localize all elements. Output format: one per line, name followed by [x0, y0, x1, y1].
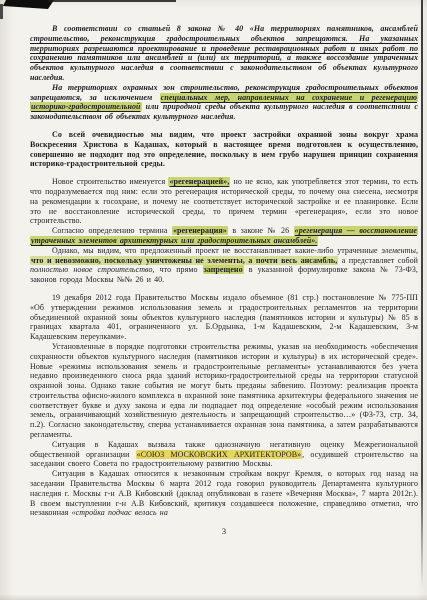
paragraph-project-violation: Однако, мы видим, что предложенный проек…	[30, 246, 418, 285]
text-run: В соответствии со статьей 8 закона № 40 …	[52, 24, 418, 33]
paragraph-regeneration-term: Новое строительство именуется «регенерац…	[30, 177, 418, 226]
text-run: Со всей очевидностью мы видим, что проек…	[30, 130, 418, 168]
scan-right-edge-artifact	[421, 0, 423, 600]
text-run: в законе № 26	[228, 226, 294, 235]
highlighted-text: запрещено	[203, 265, 244, 274]
text-run: Установленные в порядке подготовки строи…	[30, 342, 418, 439]
text-run: Однако, мы видим, что предложенный проек…	[52, 246, 381, 255]
document-body: В соответствии со статьей 8 закона № 40 …	[30, 24, 418, 537]
highlighted-text: «регенерацией»,	[168, 177, 230, 186]
page-number: 3	[30, 527, 418, 537]
text-run: элементы,	[381, 246, 418, 255]
text-run: 19 декабря 2012 года Правительство Москв…	[30, 293, 418, 341]
scanned-page: В соответствии со статьей 8 закона № 40 …	[0, 0, 427, 600]
text-run: что прямо	[155, 265, 203, 274]
paragraph-kibovsky-statement: Ситуация в Кадашах относится к незаконны…	[30, 469, 418, 518]
text-run: «стройка подчас велась на	[72, 508, 168, 517]
text-run: На территориях охранных зон	[52, 83, 180, 92]
text-run: а представляет собой	[338, 256, 418, 265]
paragraph-protection-zones-quote: На территориях охранных зон строительств…	[30, 83, 418, 122]
paragraph-decree-775: 19 декабря 2012 года Правительство Москв…	[30, 293, 418, 342]
text-run: полностью новое строительство,	[30, 265, 155, 274]
text-run: за исключением	[82, 93, 160, 102]
highlighted-text: «СОЮЗ МОСКОВСКИХ АРХИТЕКТОРОВ»	[136, 450, 303, 459]
paragraph-regeneration-definition: Согласно определению термина «регенераци…	[30, 226, 418, 246]
paragraph-conclusion-kadashi: Со всей очевидностью мы видим, что проек…	[30, 130, 418, 169]
highlighted-text: что и невозможно, поскольку уничтожены н…	[30, 256, 338, 265]
paragraph-law-40-quote: В соответствии со статьей 8 закона № 40 …	[30, 24, 418, 83]
text-run: Новое строительство именуется	[52, 177, 168, 186]
highlighted-text: «регенерация»	[172, 226, 228, 235]
paragraph-regimes-analysis: Установленные в порядке подготовки строи…	[30, 342, 418, 440]
paragraph-architects-union: Ситуация в Кадашах вызвала также однозна…	[30, 440, 418, 469]
text-run: Согласно определению термина	[52, 226, 172, 235]
